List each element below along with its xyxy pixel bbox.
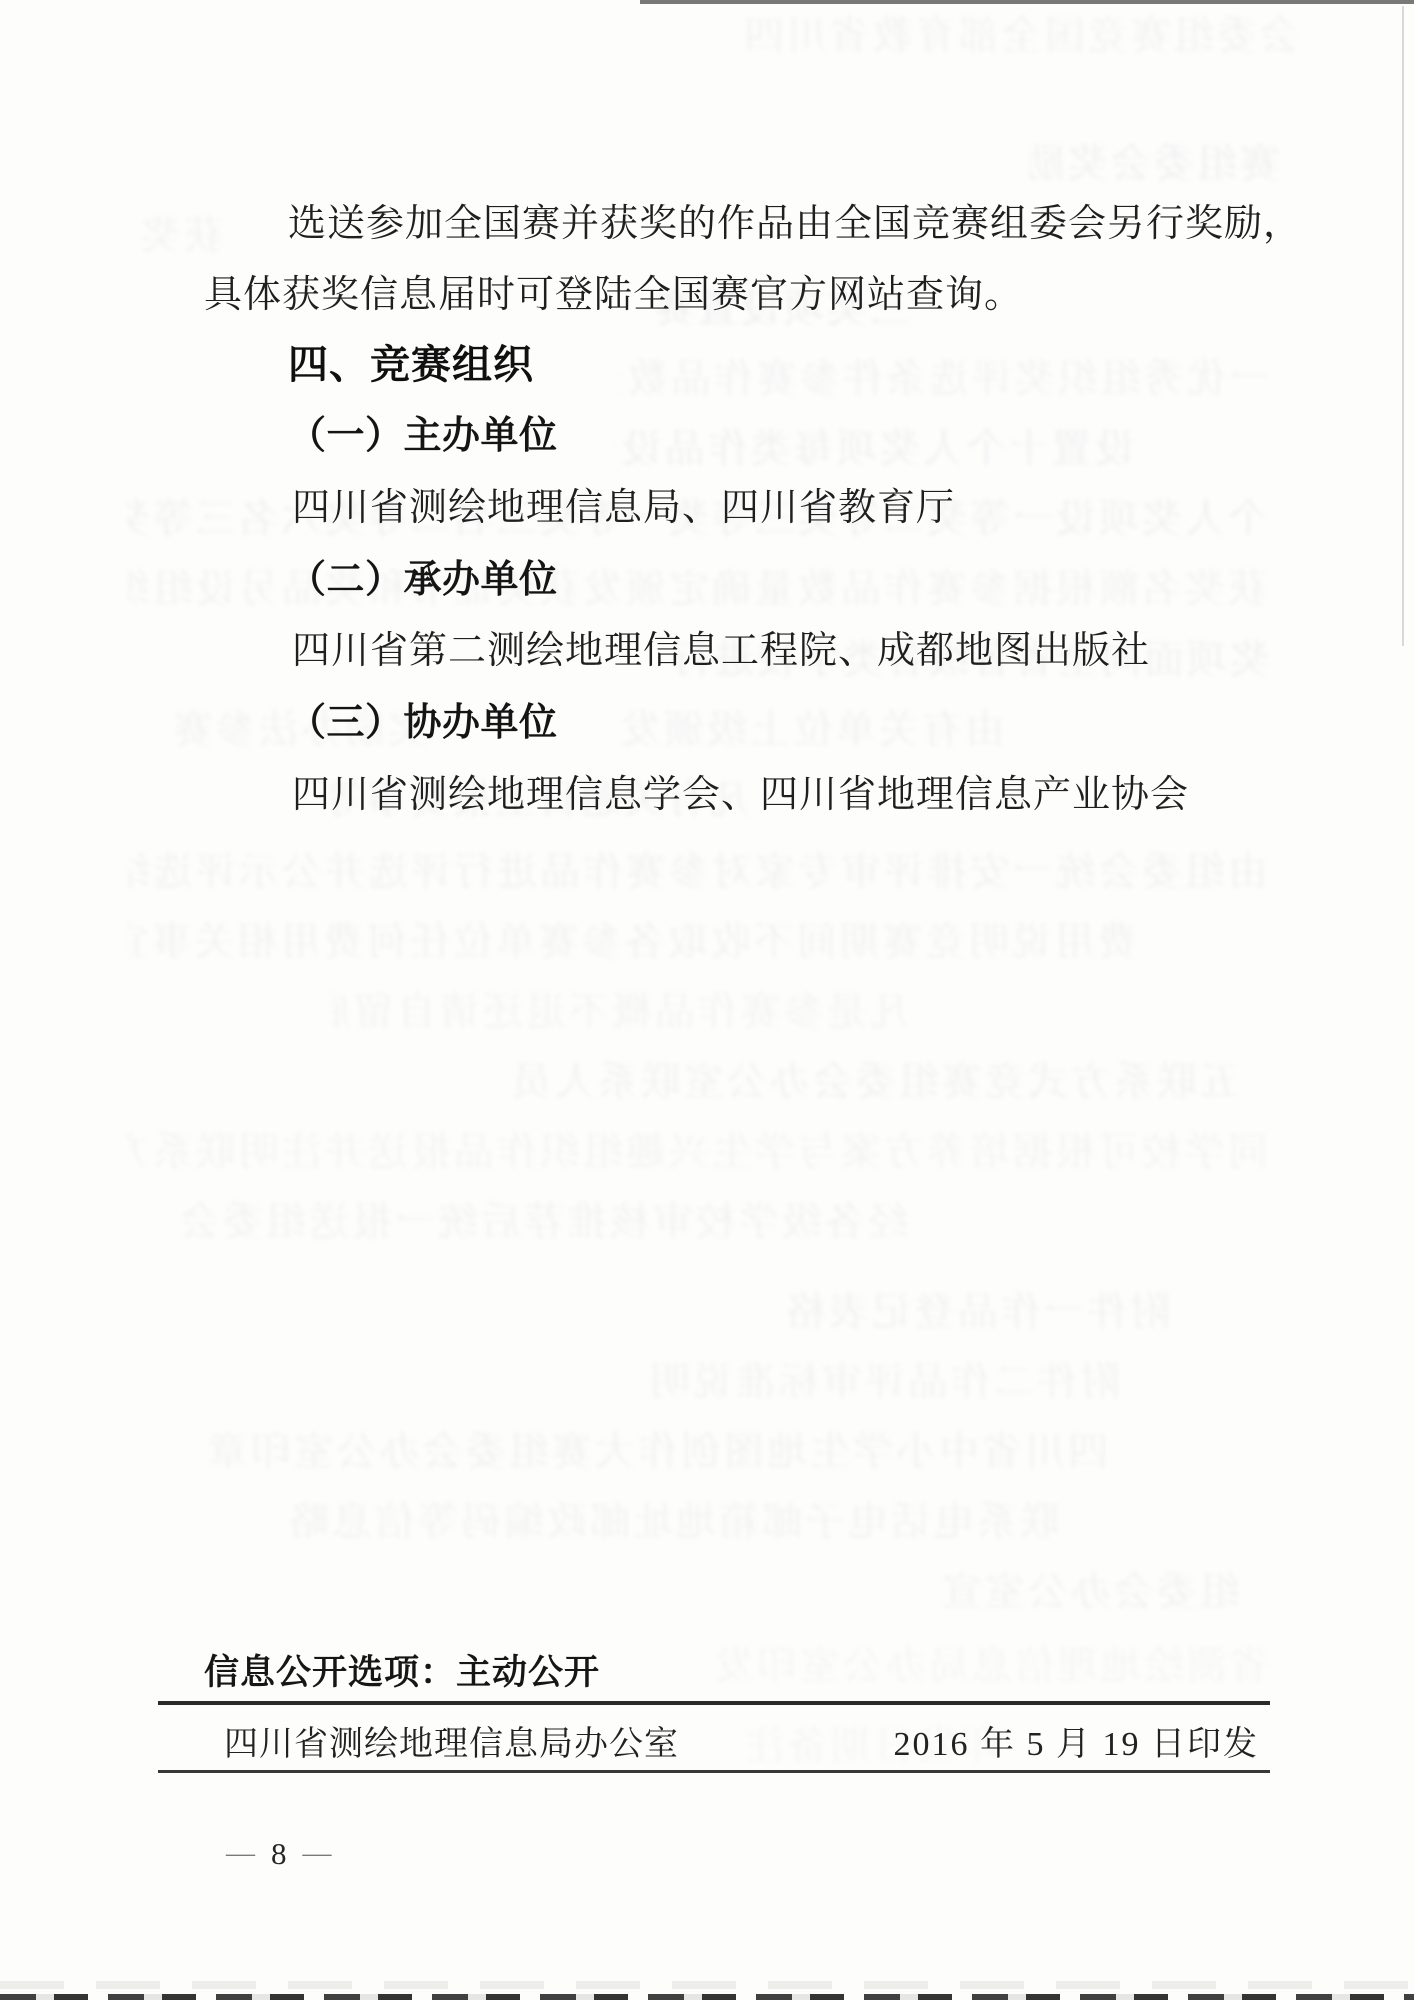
bleedthrough-ghost-line: 经各级学校审核推荐后统一报送组委会 (128, 1198, 908, 1248)
section-heading-competition-organization: 四、竞赛组织 (288, 342, 534, 388)
subsection-3-body-co-organizer-units: 四川省测绘地理信息学会、四川省地理信息产业协会 (292, 771, 1189, 817)
bleedthrough-ghost-line: 赛组委会奖励 (1030, 140, 1280, 190)
bleedthrough-ghost-line: 四川省中小学生地图创作大赛组委会办公室印章 (128, 1428, 1108, 1478)
subsection-2-heading-organizer-units: （二）承办单位 (288, 556, 558, 602)
bleedthrough-ghost-line: 凡是参赛作品概不退还请自留底稿 (330, 988, 910, 1038)
info-disclosure-label: 信息公开选项：主动公开 (204, 1645, 600, 1695)
bleedthrough-ghost-line: 由组委会统一安排评审专家对参赛作品进行评选并公示评选结果等 (128, 848, 1268, 898)
footer-rule-top (158, 1701, 1270, 1705)
subsection-1-heading-host-units: （一）主办单位 (288, 412, 558, 458)
footer-rule-bottom (158, 1770, 1270, 1773)
bleedthrough-ghost-line: 由有关单位上级颁发 (615, 706, 1005, 756)
issuing-office-label: 四川省测绘地理信息局办公室 (224, 1716, 679, 1765)
print-date-label: 2016 年 5 月 19 日印发 (894, 1716, 1260, 1765)
bleedthrough-ghost-line: 附件二作品评审标准说明 (600, 1358, 1120, 1408)
scan-bottom-band-artifact (0, 1981, 1414, 1989)
bleedthrough-ghost-line: 五联系方式竞赛组委会办公室联系人员 (470, 1058, 1240, 1108)
bleedthrough-ghost-line: 省测绘地理信息局办公室印发 (650, 1642, 1270, 1692)
bleedthrough-ghost-line: 联系电话电子邮箱地址邮政编码等信息略 (180, 1498, 1060, 1548)
scan-right-edge-artifact (1402, 6, 1404, 646)
subsection-3-heading-co-organizer-units: （三）协办单位 (288, 699, 558, 745)
paragraph-line-2: 具体获奖信息届时可登陆全国赛官方网站查询。 (204, 271, 1023, 317)
bleedthrough-ghost-line: 费用说明竞赛期间不收取各参赛单位任何费用相关事宜 (128, 918, 1138, 968)
bleedthrough-ghost-line: 一优秀组织奖评选条件参赛作品数量 (620, 355, 1270, 405)
page-number-value: 8 (255, 1836, 303, 1871)
bleedthrough-ghost-line: 设置十个人奖项每类作品设一 (615, 425, 1135, 475)
page-number: —8— (226, 1836, 332, 1872)
page-number-dash-left: — (226, 1837, 255, 1869)
bleedthrough-ghost-line: 获奖 (128, 212, 224, 262)
scanned-document-page: 会委组赛竞国全部育教省川四赛组委会奖励获奖三奖项设置赛一优秀组织奖评选条件参赛作… (0, 0, 1414, 2000)
page-number-dash-right: — (303, 1837, 332, 1869)
bleedthrough-ghost-line: 组委会办公室宣 (840, 1568, 1240, 1618)
scan-bottom-edge-artifact (0, 1994, 1414, 2000)
subsection-1-body-host-units: 四川省测绘地理信息局、四川省教育厅 (292, 484, 955, 530)
scan-top-edge-artifact (640, 0, 1414, 4)
bleedthrough-ghost-line: 会委组赛竞国全部育教省川四 (740, 12, 1300, 62)
bleedthrough-ghost-line: 附件一作品登记表格 (700, 1288, 1170, 1338)
bleedthrough-ghost-line: 同学校可根据培养方案与学生兴趣组织作品报送并注明联系方式等 (128, 1128, 1268, 1178)
paragraph-line-1: 选送参加全国赛并获奖的作品由全国竞赛组委会另行奖励， (288, 200, 1302, 246)
subsection-2-body-organizer-units: 四川省第二测绘地理信息工程院、成都地图出版社 (292, 627, 1150, 673)
